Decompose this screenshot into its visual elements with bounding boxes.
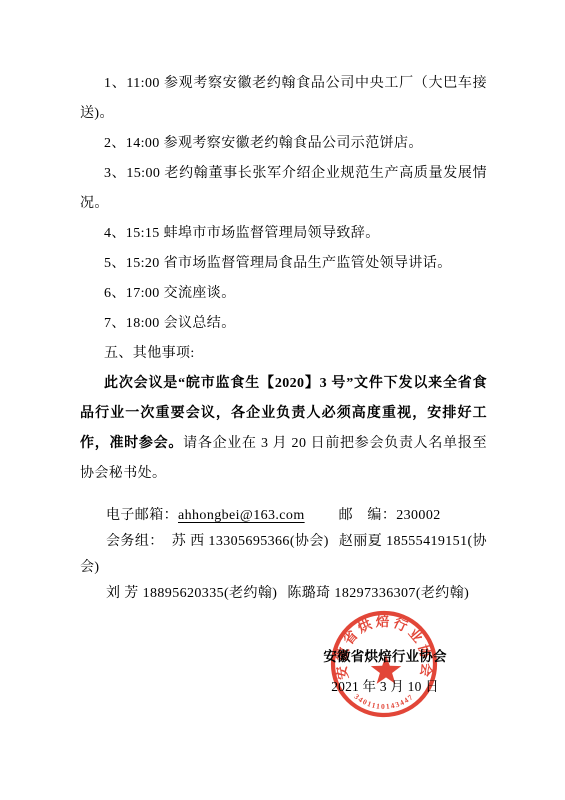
agenda-item: 3、15:00 老约翰董事长张军介绍企业规范生产高质量发展情况。: [80, 159, 487, 219]
postcode-label: 邮 编：: [339, 508, 397, 523]
notice-paragraph: 此次会议是“皖市监食生【2020】3 号”文件下发以来全省食品行业一次重要会议，…: [80, 369, 487, 489]
contact-committee-line: 刘 芳 18895620335(老约翰)陈璐琦 18297336307(老约翰): [80, 581, 487, 607]
signature-date: 2021 年 3 月 10 日: [285, 672, 485, 702]
email-label: 电子邮箱：: [106, 508, 178, 523]
email-link[interactable]: ahhongbei@163.com: [178, 508, 305, 523]
agenda-item: 7、18:00 会议总结。: [80, 309, 487, 339]
document-body: 1、11:00 参观考察安徽老约翰食品公司中央工厂（大巴车接送)。 2、14:0…: [80, 69, 487, 607]
committee-member: 刘 芳 18895620335(老约翰): [106, 586, 277, 601]
agenda-item: 5、15:20 省市场监督管理局食品生产监管处领导讲话。: [80, 249, 487, 279]
committee-member: 陈璐琦 18297336307(老约翰): [287, 586, 469, 601]
agenda-item: 1、11:00 参观考察安徽老约翰食品公司中央工厂（大巴车接送)。: [80, 69, 487, 129]
contact-email-line: 电子邮箱：ahhongbei@163.com邮 编：230002: [80, 503, 487, 529]
committee-label: 会务组：: [106, 534, 164, 549]
signature-organization: 安徽省烘焙行业协会: [285, 642, 485, 672]
agenda-item: 4、15:15 蚌埠市市场监督管理局领导致辞。: [80, 219, 487, 249]
agenda-item: 6、17:00 交流座谈。: [80, 279, 487, 309]
committee-member: 苏 西 13305695366(协会): [172, 534, 329, 549]
postcode-value: 230002: [396, 508, 440, 523]
signature-block: 安徽省烘焙行业协会 2021 年 3 月 10 日: [285, 642, 485, 702]
document-page: 1、11:00 参观考察安徽老约翰食品公司中央工厂（大巴车接送)。 2、14:0…: [0, 0, 565, 800]
contact-committee-line: 会务组：苏 西 13305695366(协会)赵丽夏 18555419151(协…: [80, 529, 487, 581]
agenda-item: 2、14:00 参观考察安徽老约翰食品公司示范饼店。: [80, 129, 487, 159]
section-heading: 五、其他事项:: [80, 339, 487, 369]
contact-block: 电子邮箱：ahhongbei@163.com邮 编：230002 会务组：苏 西…: [80, 503, 487, 607]
